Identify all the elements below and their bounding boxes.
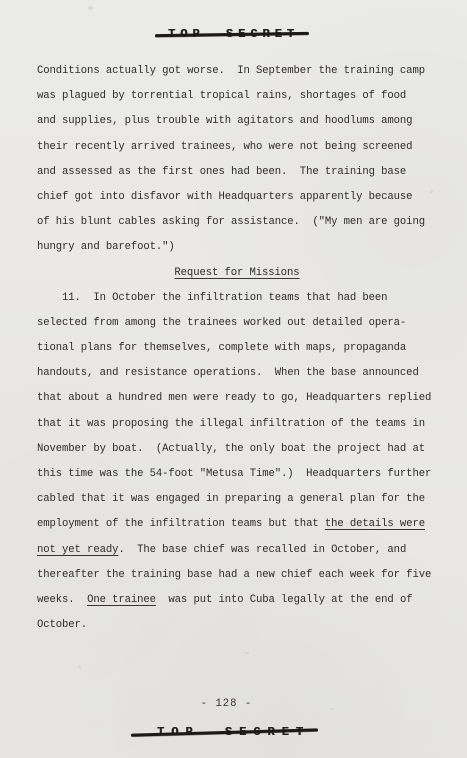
text-segment: Conditions actually got worse. In Septem… <box>37 65 425 77</box>
text-line: handouts, and resistance operations. Whe… <box>37 361 437 386</box>
text-segment: this time was the 54-foot "Metusa Time".… <box>37 468 431 480</box>
text-segment: employment of the infiltration teams but… <box>37 518 325 530</box>
scan-artifact <box>330 708 334 710</box>
text-segment: of his blunt cables asking for assistanc… <box>37 216 425 228</box>
text-segment: was plagued by torrential tropical rains… <box>37 90 406 102</box>
text-segment: hungry and barefoot.") <box>37 241 175 253</box>
text-line: November by boat. (Actually, the only bo… <box>37 437 437 462</box>
text-line: of his blunt cables asking for assistanc… <box>37 210 437 235</box>
text-line: tional plans for themselves, complete wi… <box>37 336 437 361</box>
underlined-text: the details were <box>325 518 425 530</box>
text-segment: selected from among the trainees worked … <box>37 317 406 329</box>
text-segment: and assessed as the first ones had been.… <box>37 166 406 178</box>
text-segment: chief got into disfavor with Headquarter… <box>37 191 412 203</box>
text-segment: and supplies, plus trouble with agitator… <box>37 115 412 127</box>
text-line: this time was the 54-foot "Metusa Time".… <box>37 462 437 487</box>
scan-artifact <box>78 666 81 668</box>
text-segment: weeks. <box>37 594 87 606</box>
underlined-text: Request for Missions <box>174 267 299 279</box>
text-segment: that about a hundred men were ready to g… <box>37 392 431 404</box>
top-secret-struck-text: TOP SECRET <box>168 27 299 41</box>
text-segment: their recently arrived trainees, who wer… <box>37 141 412 153</box>
text-line: weeks. One trainee was put into Cuba leg… <box>37 588 437 613</box>
classification-banner-bottom: TOP SECRET <box>0 725 467 739</box>
scan-artifact <box>88 6 93 10</box>
text-line: employment of the infiltration teams but… <box>37 512 437 537</box>
text-segment: cabled that it was engaged in preparing … <box>37 493 425 505</box>
text-line: that about a hundred men were ready to g… <box>37 386 437 411</box>
text-line: chief got into disfavor with Headquarter… <box>37 185 437 210</box>
text-line: 11. In October the infiltration teams th… <box>37 286 437 311</box>
text-segment: 11. In October the infiltration teams th… <box>37 292 387 304</box>
underlined-text: not yet ready <box>37 544 118 556</box>
text-line: selected from among the trainees worked … <box>37 311 437 336</box>
text-line: hungry and barefoot.") <box>37 235 437 260</box>
text-line: Conditions actually got worse. In Septem… <box>37 59 437 84</box>
text-segment: thereafter the training base had a new c… <box>37 569 431 581</box>
document-page: TOP SECRET Conditions actually got worse… <box>0 0 467 758</box>
text-line: their recently arrived trainees, who wer… <box>37 135 437 160</box>
body-text: Conditions actually got worse. In Septem… <box>37 59 437 638</box>
text-line: cabled that it was engaged in preparing … <box>37 487 437 512</box>
classification-banner-top: TOP SECRET <box>0 27 467 41</box>
text-segment: handouts, and resistance operations. Whe… <box>37 367 419 379</box>
underlined-text: One trainee <box>87 594 156 606</box>
scan-artifact <box>430 190 433 193</box>
text-segment: October. <box>37 619 87 631</box>
text-segment: tional plans for themselves, complete wi… <box>37 342 406 354</box>
text-segment: . The base chief was recalled in October… <box>118 544 406 556</box>
text-line: thereafter the training base had a new c… <box>37 563 437 588</box>
page-number: - 128 - <box>0 698 453 710</box>
text-line: that it was proposing the illegal infilt… <box>37 412 437 437</box>
section-heading: Request for Missions <box>37 261 437 286</box>
top-secret-struck-text: TOP SECRET <box>157 725 310 739</box>
text-segment: that it was proposing the illegal infilt… <box>37 418 425 430</box>
text-line: not yet ready. The base chief was recall… <box>37 538 437 563</box>
scan-artifact <box>245 652 249 654</box>
text-line: October. <box>37 613 437 638</box>
text-segment: was put into Cuba legally at the end of <box>156 594 413 606</box>
text-line: and supplies, plus trouble with agitator… <box>37 109 437 134</box>
text-line: and assessed as the first ones had been.… <box>37 160 437 185</box>
text-line: was plagued by torrential tropical rains… <box>37 84 437 109</box>
text-segment: November by boat. (Actually, the only bo… <box>37 443 425 455</box>
